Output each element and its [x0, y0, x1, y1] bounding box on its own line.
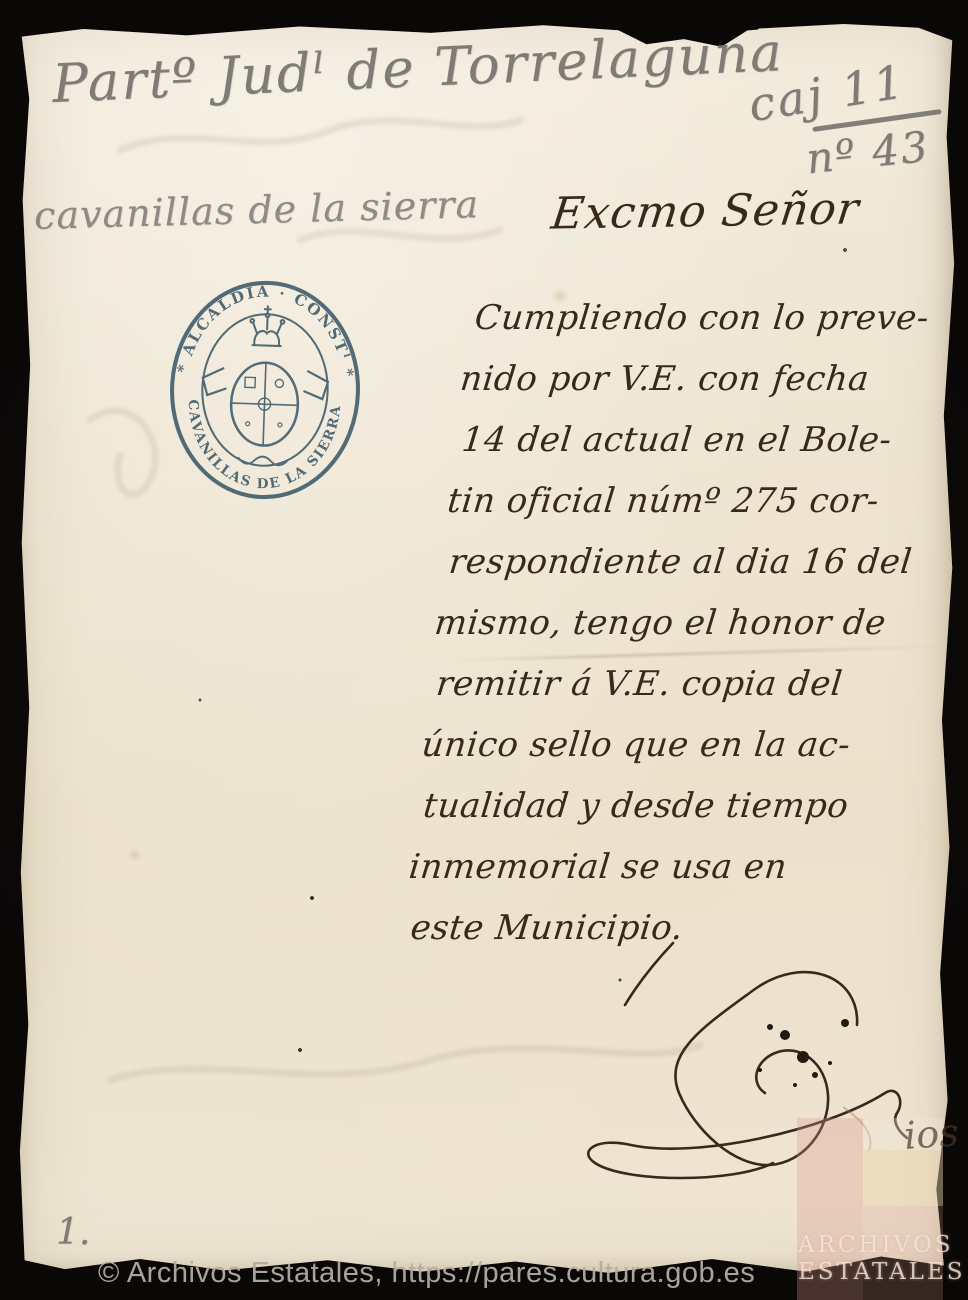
watermark-line: ESTATALES: [798, 1259, 958, 1286]
municipal-stamp: * ALCALDIA · CONSTˡ * CAVANILLAS DE LA S…: [162, 271, 368, 510]
letter-salutation: Excmo Señor: [549, 183, 863, 239]
letter-line: respondiente al dia 16 del: [446, 532, 922, 593]
stamp-crown-icon: [250, 306, 285, 347]
letter-line: remitir á V.E. copia del: [433, 654, 909, 715]
ink-splatter: [758, 1019, 849, 1087]
letter-body: Cumpliendo con lo preve- nido por V.E. c…: [407, 288, 948, 959]
scanned-document-background: Partº Judˡ de Torrelaguna caj 11 nº 43 c…: [0, 0, 968, 1300]
archive-watermark: ARCHIVOS ESTATALES: [798, 1232, 958, 1286]
flourish-upstroke: [625, 943, 673, 1005]
letter-line: inmemorial se usa en: [406, 837, 890, 898]
copyright-credit: © Archivos Estatales, https://pares.cult…: [98, 1257, 755, 1290]
letter-line: nido por V.E. con fecha: [457, 349, 941, 410]
letter-line: Cumpliendo con lo preve-: [472, 288, 948, 349]
watermark-logo: [863, 1118, 943, 1150]
letter-line: 14 del actual en el Bole-: [459, 410, 935, 471]
letter-line: único sello que en la ac-: [419, 715, 903, 776]
letter-line: mismo, tengo el honor de: [432, 593, 916, 654]
page-number: 1.: [56, 1212, 90, 1253]
stamp-shield-icon: [230, 362, 300, 447]
watermark-logo: [863, 1150, 943, 1206]
letter-line: tualidad y desde tiempo: [420, 776, 896, 837]
letter-line: tin oficial númº 275 cor-: [444, 471, 928, 532]
watermark-line: ARCHIVOS: [798, 1232, 958, 1259]
